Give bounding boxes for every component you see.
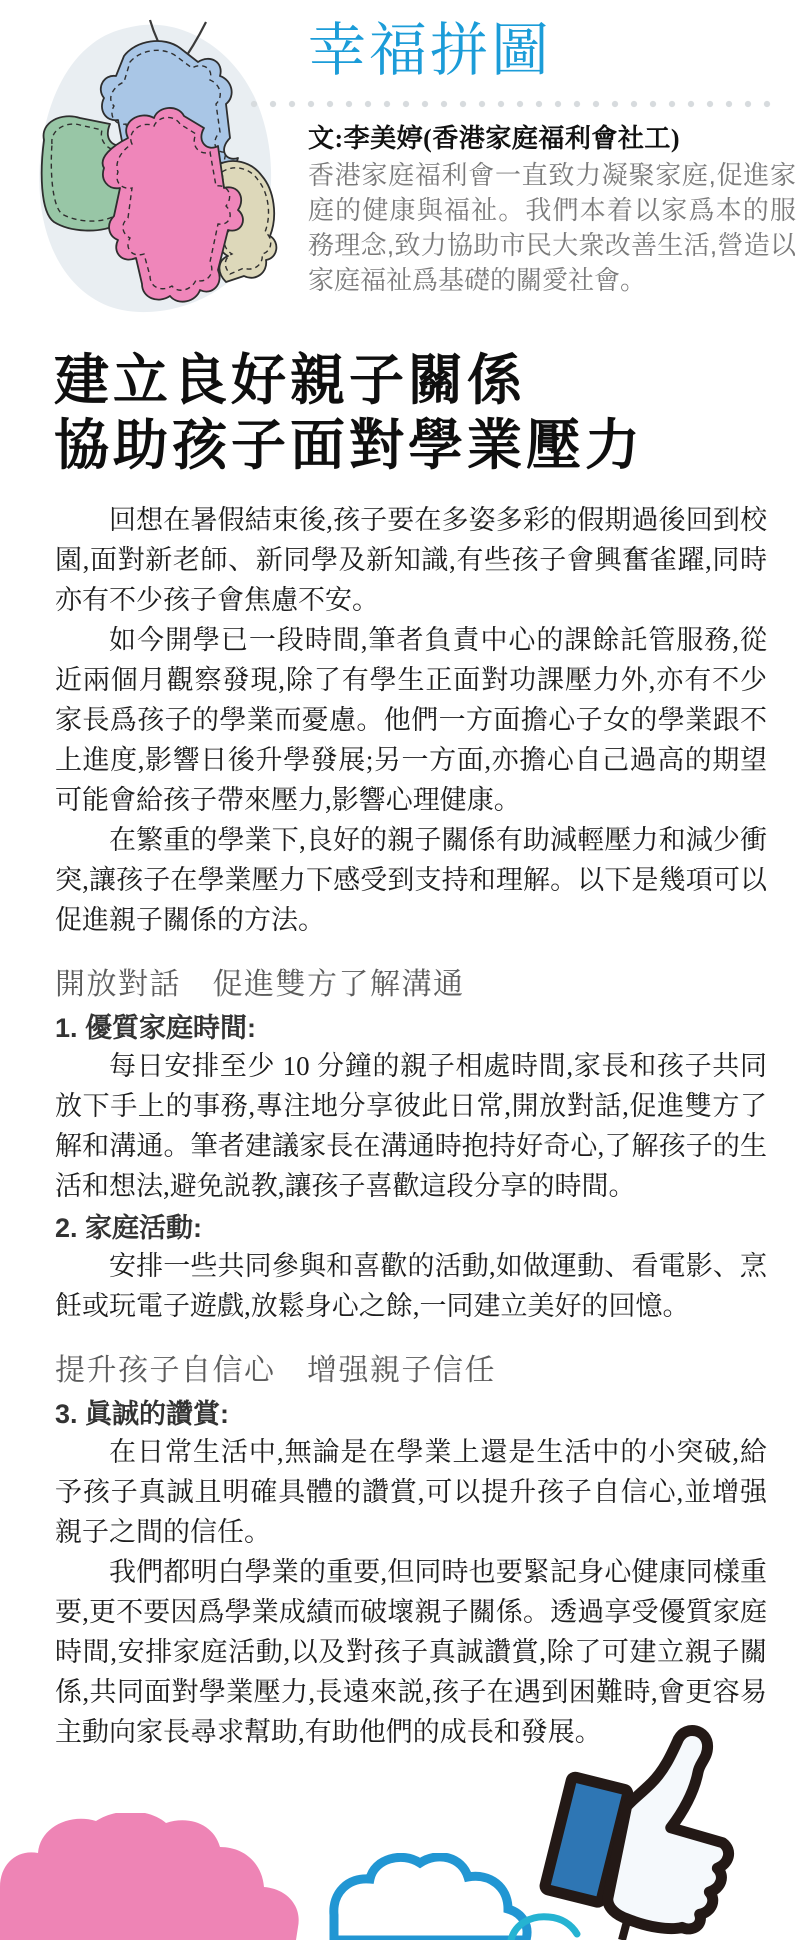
puzzle-illustration-icon [28,18,290,320]
section-heading-confidence-trust: 提升孩子自信心 增强親子信任 [55,1354,767,1388]
list-item-body-2: 安排一些共同參與和喜歡的活動,如做運動、看電影、烹飪或玩電子遊戲,放鬆身心之餘,… [55,1246,767,1326]
article-body: 回想在暑假結束後,孩子要在多姿多彩的假期過後回到校園,面對新老師、新同學及新知識… [55,500,767,1752]
article-headline: 建立良好親子關係 協助孩子面對學業壓力 [54,348,644,478]
dotted-separator [250,99,778,109]
list-item-title-3: 3. 眞誠的讚賞: [55,1398,767,1430]
thumbs-up-icon [535,1703,780,1940]
paragraph: 在繁重的學業下,良好的親子關係有助減輕壓力和減少衝突,讓孩子在學業壓力下感受到支… [55,820,767,940]
list-item-title-1: 1. 優質家庭時間: [55,1012,767,1044]
list-item-body-3: 在日常生活中,無論是在學業上還是生活中的小突破,給予孩子真誠且明確具體的讚賞,可… [55,1432,767,1552]
author-byline: 文:李美婷(香港家庭福利會社工) [308,118,680,155]
article-page: 幸福拼圖 文:李美婷(香港家庭福利會社工) 香港家庭福利會一直致力凝聚家庭,促進… [0,0,800,1940]
paragraph: 回想在暑假結束後,孩子要在多姿多彩的假期過後回到校園,面對新老師、新同學及新知識… [55,500,767,620]
list-item-body-1: 每日安排至少 10 分鐘的親子相處時間,家長和孩子共同放下手上的事務,專注地分享… [55,1046,767,1206]
headline-line-1: 建立良好親子關係 [54,348,644,413]
paragraph: 如今開學已一段時間,筆者負責中心的課餘託管服務,從近兩個月觀察發現,除了有學生正… [55,620,767,820]
list-item-title-2: 2. 家庭活動: [55,1212,767,1244]
headline-line-2: 協助孩子面對學業壓力 [54,413,644,478]
column-intro: 香港家庭福利會一直致力凝聚家庭,促進家庭的健康與福祉。我們本着以家爲本的服務理念… [308,158,796,298]
section-heading-open-dialogue: 開放對話 促進雙方了解溝通 [55,968,767,1002]
pink-cloud-icon [0,1813,345,1940]
column-title: 幸福拼圖 [308,14,552,86]
